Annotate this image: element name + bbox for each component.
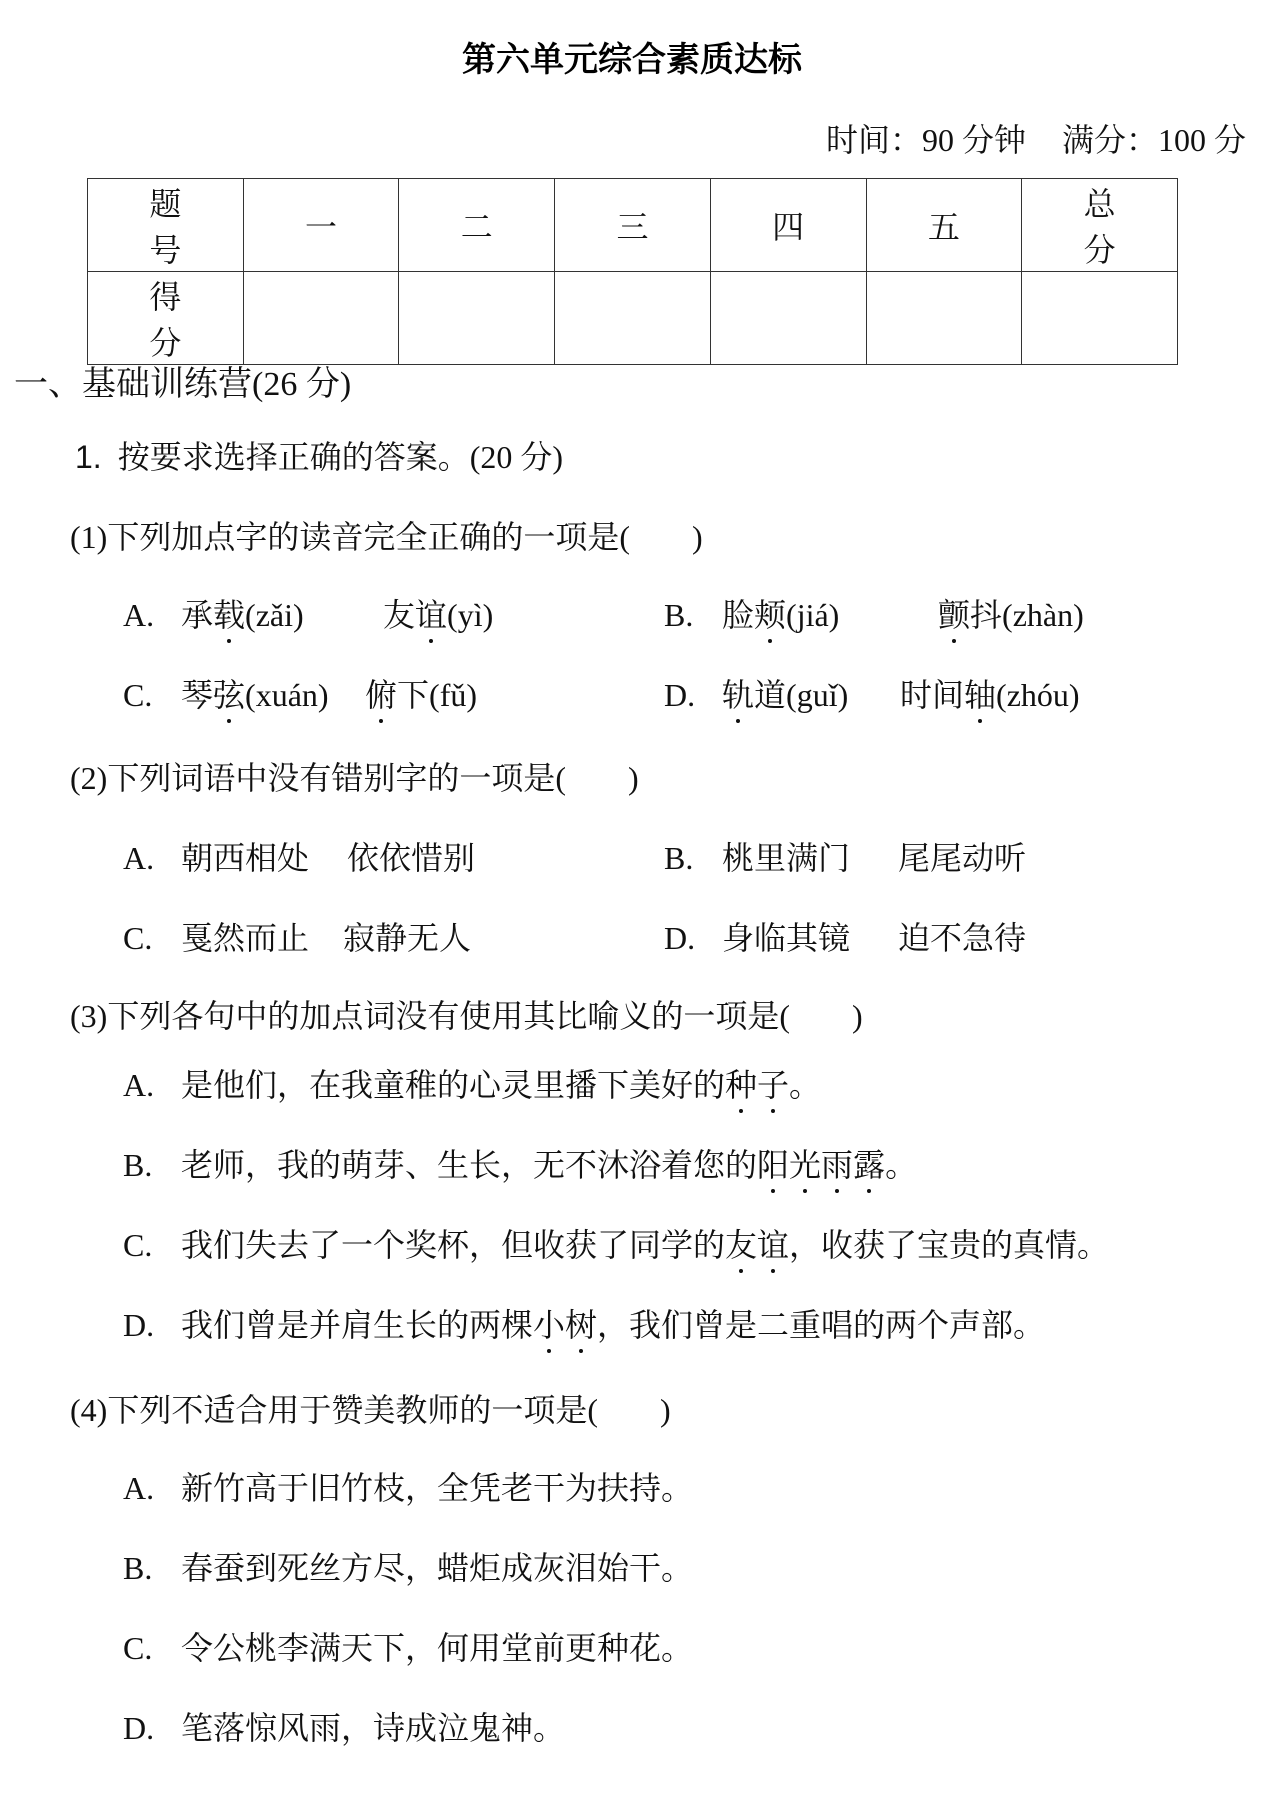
sub2-option-d[interactable]: D.身临其镜: [664, 918, 850, 958]
dotted-char: 露: [853, 1145, 885, 1185]
dotted-char: 谊: [757, 1225, 789, 1265]
score-table: 题号 一 二 三 四 五 总分 得分: [87, 178, 1178, 365]
header-cell-total: 总分: [1022, 179, 1178, 272]
subquestion-4-stem: (4)下列不适合用于赞美教师的一项是(): [70, 1390, 671, 1430]
sub2-option-b[interactable]: B.桃里满门: [664, 838, 850, 878]
sub1-option-a[interactable]: A.承载(zǎi): [123, 595, 304, 635]
sub2-option-d-word2: 迫不急待: [898, 918, 1026, 958]
score-cell-2[interactable]: [399, 272, 555, 365]
sub4-option-c[interactable]: C.令公桃李满天下，何用堂前更种花。: [123, 1628, 693, 1668]
subquestion-2-stem: (2)下列词语中没有错别字的一项是(): [70, 758, 639, 798]
score-table-score-row: 得分: [88, 272, 1178, 365]
section-heading: 一、基础训练营(26 分): [14, 364, 351, 406]
full-score: 满分：100 分: [1062, 122, 1246, 158]
header-label-cell: 题号: [88, 179, 244, 272]
sub1-option-c[interactable]: C.琴弦(xuán): [123, 675, 329, 715]
score-table-header-row: 题号 一 二 三 四 五 总分: [88, 179, 1178, 272]
dotted-char: 轨: [722, 675, 754, 715]
subquestion-1-stem: (1)下列加点字的读音完全正确的一项是(): [70, 517, 703, 557]
sub1-option-a-word2: 友谊(yì): [383, 595, 493, 635]
header-cell-1: 一: [243, 179, 399, 272]
sub4-option-d[interactable]: D.笔落惊风雨，诗成泣鬼神。: [123, 1708, 565, 1748]
score-label-cell: 得分: [88, 272, 244, 365]
page-title: 第六单元综合素质达标: [0, 38, 1264, 82]
sub1-option-c-word2: 俯下(fǔ): [365, 675, 477, 715]
dotted-char: 颊: [754, 595, 786, 635]
exam-meta: 时间：90 分钟满分：100 分: [826, 122, 1246, 158]
sub2-option-c-word2: 寂静无人: [343, 918, 471, 958]
sub3-option-b[interactable]: B.老师，我的萌芽、生长，无不沐浴着您的阳光雨露。: [123, 1145, 917, 1185]
dotted-char: 阳: [757, 1145, 789, 1185]
score-cell-total[interactable]: [1022, 272, 1178, 365]
score-cell-1[interactable]: [243, 272, 399, 365]
sub3-option-c[interactable]: C.我们失去了一个奖杯，但收获了同学的友谊，收获了宝贵的真情。: [123, 1225, 1109, 1265]
question-text: 按要求选择正确的答案。(20 分): [118, 439, 563, 475]
question-number: 1.: [75, 439, 102, 475]
dotted-char: 颤: [938, 595, 970, 635]
dotted-char: 子: [757, 1065, 789, 1105]
time-limit: 时间：90 分钟: [826, 122, 1026, 158]
dotted-char: 种: [725, 1065, 757, 1105]
sub1-option-d[interactable]: D.轨道(guǐ): [664, 675, 848, 715]
sub3-option-a[interactable]: A.是他们，在我童稚的心灵里播下美好的种子。: [123, 1065, 821, 1105]
dotted-char: 载: [213, 595, 245, 635]
sub4-option-b[interactable]: B.春蚕到死丝方尽，蜡炬成灰泪始干。: [123, 1548, 693, 1588]
sub4-option-a[interactable]: A.新竹高于旧竹枝，全凭老干为扶持。: [123, 1468, 693, 1508]
sub1-option-b[interactable]: B.脸颊(jiá): [664, 595, 839, 635]
sub1-option-d-word2: 时间轴(zhóu): [900, 675, 1080, 715]
dotted-char: 俯: [365, 675, 397, 715]
dotted-char: 弦: [213, 675, 245, 715]
header-cell-2: 二: [399, 179, 555, 272]
dotted-char: 树: [565, 1305, 597, 1345]
header-cell-4: 四: [710, 179, 866, 272]
score-cell-3[interactable]: [555, 272, 711, 365]
dotted-char: 雨: [821, 1145, 853, 1185]
score-cell-5[interactable]: [866, 272, 1022, 365]
sub2-option-b-word2: 尾尾动听: [898, 838, 1026, 878]
dotted-char: 谊: [415, 595, 447, 635]
dotted-char: 小: [533, 1305, 565, 1345]
subquestion-3-stem: (3)下列各句中的加点词没有使用其比喻义的一项是(): [70, 996, 863, 1036]
sub2-option-a-word2: 依依惜别: [347, 838, 475, 878]
dotted-char: 光: [789, 1145, 821, 1185]
dotted-char: 友: [725, 1225, 757, 1265]
sub2-option-c[interactable]: C.戛然而止: [123, 918, 309, 958]
sub2-option-a[interactable]: A.朝西相处: [123, 838, 309, 878]
question-1: 1.按要求选择正确的答案。(20 分): [75, 437, 563, 477]
sub3-option-d[interactable]: D.我们曾是并肩生长的两棵小树，我们曾是二重唱的两个声部。: [123, 1305, 1045, 1345]
header-cell-5: 五: [866, 179, 1022, 272]
score-cell-4[interactable]: [710, 272, 866, 365]
header-cell-3: 三: [555, 179, 711, 272]
sub1-option-b-word2: 颤抖(zhàn): [938, 595, 1084, 635]
dotted-char: 轴: [964, 675, 996, 715]
